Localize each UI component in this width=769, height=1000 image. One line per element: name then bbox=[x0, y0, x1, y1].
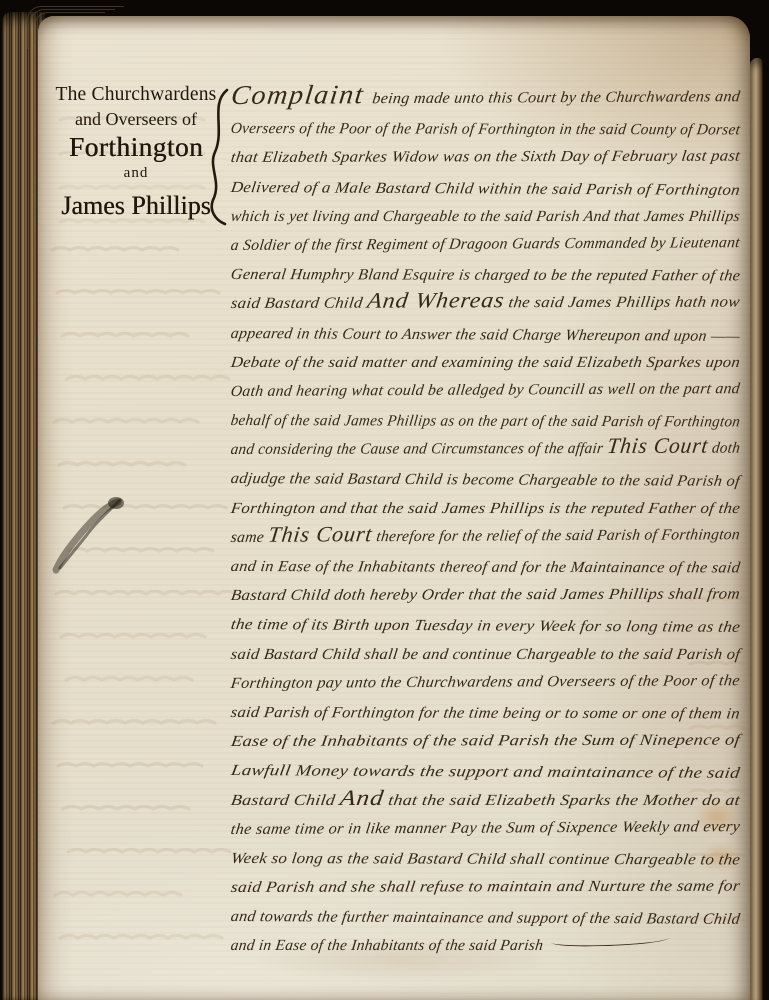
manuscript-text: adjudge the said Bastard Child is become… bbox=[230, 470, 741, 490]
manuscript-line-text: a Soldier of the first Regiment of Drago… bbox=[229, 228, 742, 260]
margin-heading: The Churchwardens and Overseers of Forth… bbox=[50, 84, 222, 220]
manuscript-line: which is yet living and Chargeable to th… bbox=[229, 202, 751, 231]
manuscript-text: that Elizabeth Sparkes Widow was on the … bbox=[230, 148, 741, 166]
manuscript-text: and in Ease of the Inhabitants of the sa… bbox=[230, 937, 544, 954]
manuscript-text: the time of its Birth upon Tuesday in ev… bbox=[230, 616, 742, 636]
manuscript-line-text: the same time or in like manner Pay the … bbox=[229, 812, 742, 844]
manuscript-text: Forthington pay unto the Churchwardens a… bbox=[230, 672, 741, 692]
manuscript-text: that the said Elizabeth Sparks the Mothe… bbox=[382, 792, 741, 809]
manuscript-line: Forthington pay unto the Churchwardens a… bbox=[229, 666, 769, 698]
emphasized-word: And Whereas bbox=[366, 288, 506, 313]
manuscript-text: and considering the Cause and Circumstan… bbox=[230, 440, 608, 458]
manuscript-text: Bastard Child bbox=[230, 792, 341, 809]
manuscript-line-text: General Humphry Bland Esquire is charged… bbox=[229, 260, 742, 290]
manuscript-line: and considering the Cause and Circumstan… bbox=[229, 434, 732, 465]
flourish-mark bbox=[551, 933, 670, 947]
manuscript-line: and in Ease of the Inhabitants of the sa… bbox=[229, 931, 742, 960]
manuscript-line-text: and towards the further maintainance and… bbox=[229, 902, 742, 934]
heading-line: The Churchwardens bbox=[50, 84, 222, 106]
manuscript-line-text: Lawfull Money towards the support and ma… bbox=[229, 756, 742, 788]
book-spread: The Churchwardens and Overseers of Forth… bbox=[0, 0, 769, 1000]
manuscript-line: Ease of the Inhabitants of the said Pari… bbox=[229, 725, 769, 756]
manuscript-line: Week so long as the said Bastard Child s… bbox=[229, 844, 769, 875]
manuscript-line-text: said Parish of Forthington for the time … bbox=[229, 698, 742, 728]
manuscript-text: being made unto this Court by the Church… bbox=[371, 88, 741, 107]
manuscript-line-text: said Bastard Child And Whereas the said … bbox=[229, 288, 742, 318]
manuscript-line: the time of its Birth upon Tuesday in ev… bbox=[229, 610, 769, 642]
manuscript-line-text: that Elizabeth Sparkes Widow was on the … bbox=[229, 142, 742, 172]
manuscript-line: Debate of the said matter and examining … bbox=[229, 348, 769, 377]
manuscript-line-text: Week so long as the said Bastard Child s… bbox=[229, 844, 742, 874]
emphasized-word: This Court bbox=[606, 433, 710, 458]
manuscript-text: the said James Phillips hath now bbox=[503, 294, 741, 312]
manuscript-text: Delivered of a Male Bastard Child within… bbox=[230, 179, 741, 199]
manuscript-line: Oath and hearing what could be alledged … bbox=[229, 374, 752, 406]
manuscript-text: which is yet living and Chargeable to th… bbox=[230, 208, 741, 225]
manuscript-text: Ease of the Inhabitants of the said Pari… bbox=[230, 732, 741, 750]
manuscript-line-text: said Parish and she shall refuse to main… bbox=[229, 872, 742, 902]
manuscript-line: said Bastard Child And Whereas the said … bbox=[229, 288, 769, 319]
manuscript-line-text: Bastard Child And that the said Elizabet… bbox=[229, 786, 742, 815]
manuscript-line: adjudge the said Bastard Child is become… bbox=[229, 464, 769, 496]
heading-line: James Phillips bbox=[50, 191, 222, 220]
manuscript-line-text: Oath and hearing what could be alledged … bbox=[229, 374, 742, 406]
manuscript-line-text: appeared in this Court to Answer the sai… bbox=[229, 319, 742, 351]
manuscript-text: Overseers of the Poor of the Parish of F… bbox=[230, 120, 741, 138]
manuscript-line-text: Complaint being made unto this Court by … bbox=[229, 82, 742, 114]
manuscript-line: a Soldier of the first Regiment of Drago… bbox=[229, 228, 750, 260]
manuscript-body: Complaint being made unto this Court by … bbox=[229, 85, 742, 985]
manuscript-line: the same time or in like manner Pay the … bbox=[229, 812, 769, 844]
manuscript-line-text: Overseers of the Poor of the Parish of F… bbox=[229, 114, 742, 144]
manuscript-line-text: Forthington pay unto the Churchwardens a… bbox=[229, 666, 742, 698]
manuscript-line: appeared in this Court to Answer the sai… bbox=[229, 319, 758, 351]
manuscript-line: and in Ease of the Inhabitants thereof a… bbox=[229, 552, 769, 583]
manuscript-text: same bbox=[230, 529, 269, 546]
manuscript-line: Forthington and that the said James Phil… bbox=[229, 494, 769, 523]
manuscript-line: said Parish and she shall refuse to main… bbox=[229, 871, 769, 902]
manuscript-line: Bastard Child doth hereby Order that the… bbox=[229, 580, 769, 611]
manuscript-text: and towards the further maintainance and… bbox=[230, 908, 741, 928]
manuscript-text: behalf of the said James Phillips as on … bbox=[230, 412, 742, 430]
manuscript-text: Lawfull Money towards the support and ma… bbox=[230, 762, 741, 782]
manuscript-line: said Parish of Forthington for the time … bbox=[229, 698, 769, 729]
manuscript-text: General Humphry Bland Esquire is charged… bbox=[230, 266, 742, 284]
page-corner-edge bbox=[27, 6, 124, 49]
manuscript-text: said Bastard Child bbox=[230, 295, 368, 312]
manuscript-text: Oath and hearing what could be alledged … bbox=[230, 380, 741, 400]
manuscript-text: Debate of the said matter and examining … bbox=[230, 354, 741, 371]
manuscript-line: and towards the further maintainance and… bbox=[229, 902, 762, 934]
manuscript-text: and in Ease of the Inhabitants thereof a… bbox=[230, 558, 741, 576]
manuscript-line-text: Forthington and that the said James Phil… bbox=[229, 494, 742, 523]
manuscript-line: General Humphry Bland Esquire is charged… bbox=[229, 260, 768, 291]
manuscript-line: Lawfull Money towards the support and ma… bbox=[229, 756, 769, 789]
manuscript-text: Bastard Child doth hereby Order that the… bbox=[230, 586, 741, 604]
manuscript-text: therefore for the relief of the said Par… bbox=[371, 526, 741, 545]
manuscript-line: same This Court therefore for the relief… bbox=[229, 520, 748, 552]
manuscript-line-text: same This Court therefore for the relief… bbox=[229, 520, 742, 552]
manuscript-line: Delivered of a Male Bastard Child within… bbox=[229, 173, 769, 205]
manuscript-line-text: and in Ease of the Inhabitants thereof a… bbox=[229, 552, 742, 582]
emphasized-word: Complaint bbox=[230, 79, 375, 110]
manuscript-line: said Bastard Child shall be and continue… bbox=[229, 640, 769, 669]
heading-line: and Overseers of bbox=[50, 109, 222, 129]
manuscript-text: the same time or in like manner Pay the … bbox=[230, 818, 741, 838]
emphasized-word: This Court bbox=[267, 521, 374, 547]
manuscript-line-text: Ease of the Inhabitants of the said Pari… bbox=[229, 726, 742, 756]
heading-line: Forthington bbox=[50, 132, 222, 163]
manuscript-line-text: Delivered of a Male Bastard Child within… bbox=[229, 173, 742, 205]
manuscript-line-text: adjudge the said Bastard Child is become… bbox=[229, 464, 742, 496]
manuscript-text: Forthington and that the said James Phil… bbox=[230, 500, 741, 517]
manuscript-line-text: which is yet living and Chargeable to th… bbox=[229, 202, 742, 231]
emphasized-word: And bbox=[339, 785, 386, 810]
manuscript-text: a Soldier of the first Regiment of Drago… bbox=[230, 234, 741, 254]
manuscript-text: said Bastard Child shall be and continue… bbox=[230, 646, 742, 663]
manuscript-text: Week so long as the said Bastard Child s… bbox=[230, 850, 742, 868]
manuscript-text: said Parish of Forthington for the time … bbox=[230, 704, 741, 722]
manuscript-text: appeared in this Court to Answer the sai… bbox=[230, 325, 741, 345]
manuscript-text: said Parish and she shall refuse to main… bbox=[230, 878, 741, 896]
heading-line: and bbox=[50, 165, 222, 182]
manuscript-line: that Elizabeth Sparkes Widow was on the … bbox=[229, 142, 769, 173]
manuscript-line-text: and in Ease of the Inhabitants of the sa… bbox=[229, 931, 671, 960]
manuscript-line-text: said Bastard Child shall be and continue… bbox=[229, 640, 742, 669]
manuscript-line: Bastard Child And that the said Elizabet… bbox=[229, 786, 769, 815]
manuscript-line-text: Bastard Child doth hereby Order that the… bbox=[229, 580, 742, 610]
manuscript-line: Complaint being made unto this Court by … bbox=[229, 82, 764, 114]
manuscript-line-text: Debate of the said matter and examining … bbox=[229, 348, 742, 377]
manuscript-text: doth bbox=[707, 440, 741, 457]
manuscript-line-text: the time of its Birth upon Tuesday in ev… bbox=[229, 610, 742, 642]
manuscript-line: Overseers of the Poor of the Parish of F… bbox=[229, 114, 737, 145]
manuscript-line-text: and considering the Cause and Circumstan… bbox=[229, 434, 742, 464]
